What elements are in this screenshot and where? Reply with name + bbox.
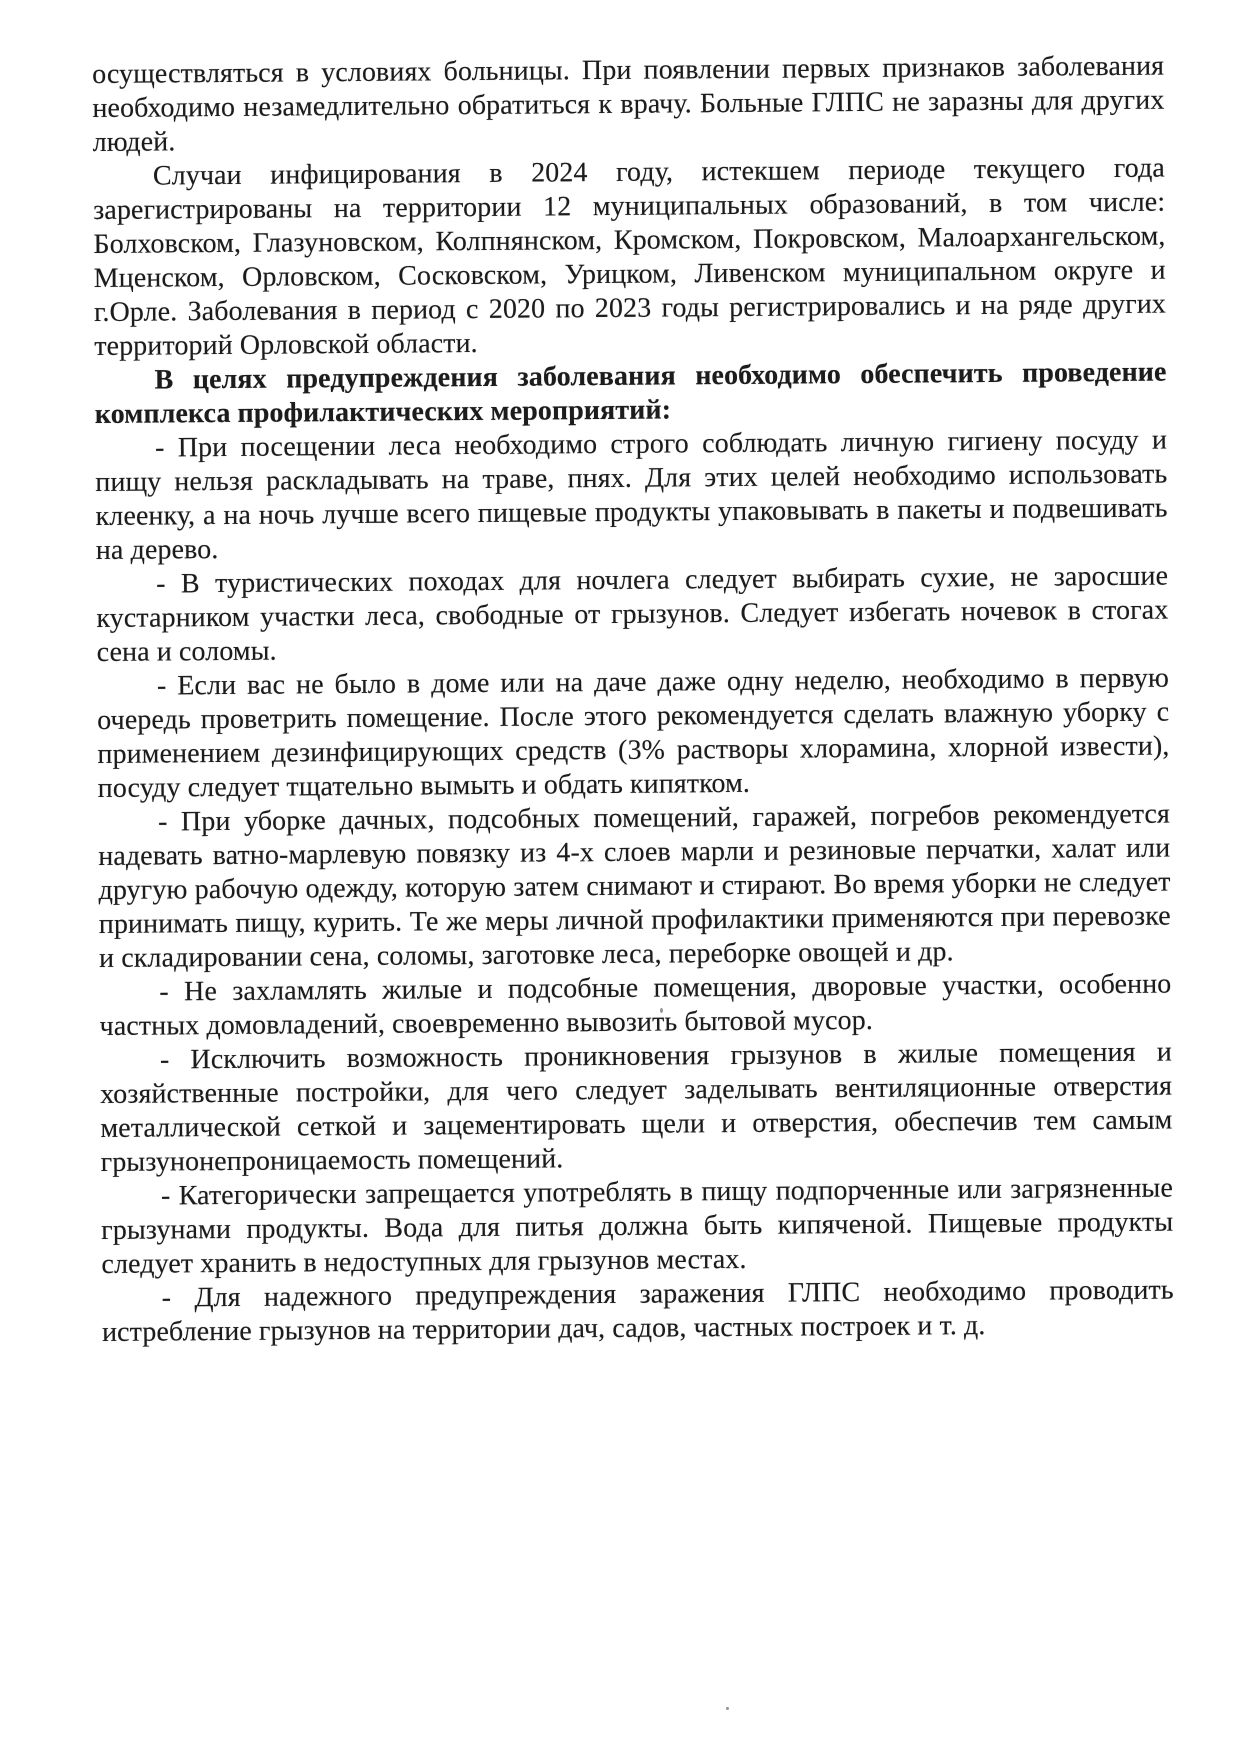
paragraph-infection-cases: Случаи инфицирования в 2024 году, истекш… — [93, 152, 1167, 364]
paragraph-tourist-camps: - В туристических походах для ночлега сл… — [96, 560, 1169, 670]
scan-speck — [660, 1008, 663, 1013]
scanned-document-page: осуществляться в условиях больницы. При … — [0, 0, 1240, 1754]
document-text-block: осуществляться в условиях больницы. При … — [92, 50, 1174, 1350]
paragraph-rodent-proofing: - Исключить возможность проникновения гр… — [100, 1036, 1173, 1180]
paragraph-no-clutter: - Не захламлять жилые и подсобные помеще… — [99, 968, 1172, 1044]
paragraph-cleaning-protection: - При уборке дачных, подсобных помещений… — [98, 798, 1171, 976]
paragraph-forest-visit: - При посещении леса необходимо строго с… — [95, 424, 1168, 568]
paragraph-house-airing: - Если вас не было в доме или на даче да… — [97, 662, 1170, 806]
paragraph-heading-prevention: В целях предупреждения заболевания необх… — [94, 356, 1167, 432]
paragraph-continuation: осуществляться в условиях больницы. При … — [92, 50, 1165, 160]
paragraph-food-safety: - Категорически запрещается употреблять … — [101, 1172, 1174, 1282]
paragraph-rodent-extermination: - Для надежного предупреждения заражения… — [102, 1274, 1175, 1350]
scan-speck — [726, 1707, 729, 1710]
